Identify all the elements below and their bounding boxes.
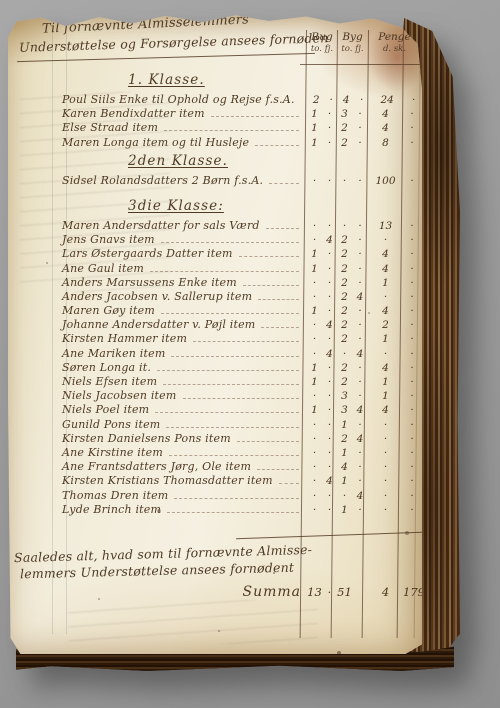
footer-rule [236, 532, 424, 540]
cell-penge-d: 8 [368, 137, 403, 149]
row-label: 1. Klasse. [16, 72, 205, 88]
row-label: Else Straad item [16, 121, 158, 134]
cell-penge-d: 1 [368, 333, 403, 345]
cell-penge-sk: · [403, 291, 421, 303]
cell-rug-td: · [307, 504, 322, 516]
row-label: Lyde Brinch item [16, 503, 161, 516]
cell-penge-sk: · [403, 137, 421, 149]
cell-penge-sk: · [403, 234, 421, 246]
cell-penge-sk: · [403, 461, 421, 473]
cell-penge-sk: · [403, 504, 421, 516]
ink-bleedthrough [68, 600, 318, 644]
row-label: Anders Jacobsen v. Sallerup item [16, 290, 252, 303]
row-values: · 4 1 · · · [307, 475, 421, 487]
cell-penge-sk: · [403, 277, 421, 289]
cell-penge-sk: · [403, 175, 421, 187]
cell-byg-td: 2 [337, 277, 352, 289]
cell-byg-fj: · [352, 122, 368, 134]
cell-rug-td: 1 [307, 137, 322, 149]
cell-penge-sk: · [405, 94, 423, 106]
cell-byg-td: 1 [337, 504, 352, 516]
cell-penge-d: 4 [368, 362, 403, 374]
cell-byg-fj: 4 [352, 291, 368, 303]
ledger-row: Niels Poel item 1 · 3 4 4 · [16, 403, 421, 417]
row-label: 2den Klasse. [16, 153, 228, 169]
cell-byg-td: · [337, 490, 352, 502]
row-dash-leader [269, 183, 299, 184]
row-dash-leader [157, 370, 299, 371]
cell-penge-d: 4 [368, 263, 403, 275]
summa-byg-td: 51 [337, 585, 352, 599]
cell-rug-td: 1 [307, 376, 322, 388]
row-dash-leader [167, 512, 299, 513]
row-dash-leader [166, 427, 299, 428]
row-values: 1 · 3 4 4 · [307, 404, 421, 416]
cell-rug-fj: · [322, 419, 337, 431]
row-dash-leader [243, 285, 299, 286]
cell-penge-sk: · [403, 263, 421, 275]
cell-rug-fj: · [322, 390, 337, 402]
ledger-row: Thomas Dren item · · · 4 · · [16, 489, 421, 503]
ledger-row: Sidsel Rolandsdatters 2 Børn f.s.A. · · … [16, 174, 421, 188]
cell-rug-fj: · [322, 277, 337, 289]
cell-byg-fj: · [352, 305, 368, 317]
cell-rug-td: · [307, 461, 322, 473]
cell-rug-td: 1 [307, 122, 322, 134]
cell-byg-fj: · [352, 234, 368, 246]
cell-rug-fj: 4 [322, 348, 337, 360]
cell-rug-td: 1 [307, 108, 322, 120]
row-values: 1 · 2 · 8 · [307, 137, 421, 149]
ledger-row: Maren Longa item og til Husleje 1 · 2 · … [16, 136, 421, 150]
cell-byg-td: · [337, 175, 352, 187]
cell-penge-d: 4 [368, 305, 403, 317]
ledger-row: Lyde Brinch item · · 1 · · · [16, 503, 421, 517]
cell-byg-td: 1 [337, 475, 352, 487]
cell-rug-td: 1 [307, 248, 322, 260]
cell-byg-td: 2 [337, 376, 352, 388]
row-label: Lars Østergaards Datter item [16, 247, 233, 260]
cell-byg-fj: · [352, 220, 368, 232]
cell-penge-d: 1 [368, 376, 403, 388]
row-dash-leader [150, 271, 299, 272]
cell-rug-fj: 4 [322, 234, 337, 246]
row-values: · · 1 · · · [307, 504, 421, 516]
ledger-row: Lars Østergaards Datter item 1 · 2 · 4 · [16, 247, 421, 261]
row-values: · · 2 · 1 · [307, 333, 421, 345]
cell-rug-td: 1 [307, 305, 322, 317]
cell-rug-td: · [307, 319, 322, 331]
cell-byg-td: 2 [337, 263, 352, 275]
column-header-rug: Rug [307, 31, 337, 43]
summa-rug-td: 13 [307, 585, 322, 599]
cell-penge-d: · [368, 419, 403, 431]
cell-byg-fj: · [352, 461, 368, 473]
cell-byg-td: · [337, 220, 352, 232]
cell-byg-td: 1 [337, 447, 352, 459]
cell-penge-d: 2 [368, 319, 403, 331]
cell-penge-d: · [368, 461, 403, 473]
row-values: · 4 2 · · · [307, 234, 421, 246]
cell-penge-d: · [368, 433, 403, 445]
ledger-row: Kirsten Kristians Thomasdatter item · 4 … [16, 474, 421, 488]
ledger-row: Maren Andersdatter for sals Værd · · · ·… [16, 219, 421, 233]
row-label: Søren Longa it. [16, 361, 151, 374]
row-label: Maren Longa item og til Husleje [16, 136, 249, 149]
cell-rug-fj: · [322, 305, 337, 317]
row-values: · 4 2 · 2 · [307, 319, 421, 331]
cell-byg-td: 2 [337, 305, 352, 317]
cell-byg-td: 2 [337, 234, 352, 246]
cell-rug-fj: · [322, 263, 337, 275]
ledger-book: Til fornævnte Almisselemmers Understøtte… [4, 6, 460, 672]
cell-rug-fj: · [322, 433, 337, 445]
cell-penge-sk: · [403, 376, 421, 388]
row-label: Sidsel Rolandsdatters 2 Børn f.s.A. [16, 174, 263, 187]
ledger-rows: 1. Klasse. Poul Siils Enke [16, 69, 421, 517]
cell-byg-td: 3 [337, 390, 352, 402]
cell-rug-fj: · [322, 291, 337, 303]
column-units-rug: to. fj. [307, 44, 337, 54]
row-dash-leader [237, 441, 299, 442]
row-values: · · 1 · · · [307, 419, 421, 431]
cell-rug-fj: · [322, 108, 337, 120]
ledger-row: Niels Efsen item 1 · 2 · 1 · [16, 375, 421, 389]
cell-byg-fj: · [352, 447, 368, 459]
cell-byg-fj: · [352, 248, 368, 260]
cell-rug-td: · [307, 277, 322, 289]
row-dash-leader [211, 116, 299, 117]
row-dash-leader [169, 455, 299, 456]
ledger-row: Søren Longa it. 1 · 2 · 4 · [16, 361, 421, 375]
cell-byg-fj: 4 [352, 404, 368, 416]
row-dash-leader [161, 242, 299, 243]
cell-penge-d: 1 [368, 277, 403, 289]
cell-rug-td: · [307, 419, 322, 431]
cell-penge-sk: · [403, 348, 421, 360]
summa-row: Summa 13 · 51 4 179 [8, 584, 421, 600]
cell-penge-d: 1 [368, 390, 403, 402]
row-values: 1 · 2 · 4 · [307, 263, 421, 275]
cell-penge-sk: · [403, 475, 421, 487]
cell-penge-sk: · [403, 447, 421, 459]
row-values: · · 1 · · · [307, 447, 421, 459]
row-values: 1 · 2 · 4 · [307, 305, 421, 317]
row-values: 1 · 3 · 4 · [307, 108, 421, 120]
ledger-row: Ane Mariken item · 4 · 4 · · [16, 347, 421, 361]
cell-rug-td: · [307, 175, 322, 187]
row-values: 1 · 2 · 4 · [307, 362, 421, 374]
row-values: 1 · 2 · 4 · [307, 248, 421, 260]
cell-penge-sk: · [403, 490, 421, 502]
cell-rug-fj: 4 [322, 475, 337, 487]
ledger-row: 2den Klasse. [16, 153, 421, 172]
cell-rug-fj: · [322, 220, 337, 232]
row-dash-leader [161, 313, 299, 314]
cell-rug-fj: · [322, 333, 337, 345]
cell-rug-td: 1 [307, 263, 322, 275]
cell-byg-td: · [337, 348, 352, 360]
cell-penge-sk: · [403, 248, 421, 260]
ledger-row: 1. Klasse. [16, 72, 421, 91]
summa-label: Summa [242, 584, 301, 600]
ledger-row: Maren Gøy item 1 · 2 · 4 · [16, 304, 421, 318]
row-dash-leader [171, 356, 299, 357]
cell-penge-d: · [368, 348, 403, 360]
ledger-row: Ane Gaul item 1 · 2 · 4 · [16, 262, 421, 276]
cell-penge-d: · [368, 490, 403, 502]
cell-byg-td: 2 [337, 333, 352, 345]
cell-penge-d: 4 [368, 248, 403, 260]
row-label: Maren Gøy item [16, 304, 155, 317]
row-label: 3die Klasse: [16, 198, 224, 214]
ledger-row: Niels Jacobsen item · · 3 · 1 · [16, 389, 421, 403]
cell-rug-td: 2 [309, 94, 324, 106]
cell-rug-td: · [307, 291, 322, 303]
cell-rug-fj: · [322, 376, 337, 388]
cell-rug-fj: · [322, 404, 337, 416]
row-label: Karen Bendixdatter item [16, 107, 205, 120]
row-label: Anders Marsussens Enke item [16, 276, 237, 289]
column-header-byg: Byg [337, 31, 368, 43]
cell-byg-td: 1 [337, 419, 352, 431]
cell-rug-td: · [307, 490, 322, 502]
cell-rug-fj: · [324, 94, 339, 106]
row-dash-leader [255, 145, 299, 146]
summa-byg-fj [352, 585, 368, 599]
cell-byg-fj: · [352, 263, 368, 275]
cell-penge-sk: · [403, 305, 421, 317]
row-dash-leader [164, 130, 299, 131]
row-label: Jens Gnavs item [16, 233, 155, 246]
row-label: Kirsten Danielsens Pons item [16, 432, 231, 445]
row-values: · · 2 4 · · [307, 291, 421, 303]
cell-byg-fj: · [352, 175, 368, 187]
cell-byg-fj: · [352, 475, 368, 487]
cell-rug-td: · [307, 234, 322, 246]
row-dash-leader [193, 341, 299, 342]
cell-rug-fj: · [322, 461, 337, 473]
row-label: Niels Poel item [16, 403, 149, 416]
row-dash-leader [258, 299, 299, 300]
cell-byg-fj: · [352, 376, 368, 388]
ledger-row: Jens Gnavs item · 4 2 · · · [16, 233, 421, 247]
paper-specks [8, 12, 10, 14]
cell-rug-td: · [307, 447, 322, 459]
ledger-row: 3die Klasse: [16, 198, 421, 217]
cell-rug-fj: · [322, 490, 337, 502]
cell-byg-fj: · [352, 137, 368, 149]
cell-penge-sk: · [403, 390, 421, 402]
cell-penge-sk: · [403, 122, 421, 134]
row-values: · · · · 100 · [307, 175, 421, 187]
cell-byg-fj: · [352, 108, 368, 120]
cell-rug-fj: · [322, 248, 337, 260]
row-label: Johanne Andersdatter v. Pøjl item [16, 318, 255, 331]
cell-penge-d: · [368, 447, 403, 459]
row-label: Thomas Dren item [16, 489, 168, 502]
row-values: · · 2 4 · · [307, 433, 421, 445]
cell-byg-td: 2 [337, 248, 352, 260]
cell-byg-td: 2 [337, 362, 352, 374]
cell-penge-sk: · [403, 419, 421, 431]
ledger-row: Kirsten Danielsens Pons item · · 2 4 · · [16, 432, 421, 446]
row-dash-leader [163, 384, 299, 385]
cell-penge-sk: · [403, 333, 421, 345]
photo-background: Til fornævnte Almisselemmers Understøtte… [0, 0, 500, 708]
cell-rug-td: · [307, 333, 322, 345]
cell-penge-sk: · [403, 319, 421, 331]
cell-rug-fj: · [322, 504, 337, 516]
row-values: 1 · 2 · 1 · [307, 376, 421, 388]
cell-byg-fj: 4 [352, 348, 368, 360]
summa-penge-d: 4 [368, 585, 403, 599]
column-units-byg: to. fj. [337, 44, 368, 54]
cell-byg-fj: · [352, 362, 368, 374]
cell-penge-d: · [368, 291, 403, 303]
cell-rug-td: · [307, 475, 322, 487]
cell-byg-td: 2 [337, 433, 352, 445]
ledger-row: Else Straad item 1 · 2 · 4 · [16, 121, 421, 135]
row-dash-leader [261, 327, 299, 328]
row-label: Gunild Pons item [16, 418, 160, 431]
cell-byg-fj: 4 [352, 433, 368, 445]
cell-byg-fj: · [354, 94, 370, 106]
cell-rug-fj: · [322, 175, 337, 187]
cell-penge-sk: · [403, 362, 421, 374]
cell-penge-d: 13 [368, 220, 403, 232]
row-label: Ane Mariken item [16, 347, 165, 360]
row-label: Kirsten Hammer item [16, 332, 187, 345]
cell-rug-td: · [307, 390, 322, 402]
cell-rug-fj: · [322, 362, 337, 374]
row-values: · · · · 13 · [307, 220, 421, 232]
cell-byg-td: 4 [337, 461, 352, 473]
ledger-row: Anders Marsussens Enke item · · 2 · 1 · [16, 276, 421, 290]
ledger-row: Gunild Pons item · · 1 · · · [16, 418, 421, 432]
row-dash-leader [155, 412, 299, 413]
row-label: Ane Kirstine item [16, 446, 163, 459]
row-dash-leader [174, 498, 299, 499]
cell-penge-d: 100 [368, 175, 403, 187]
cell-byg-td: 2 [337, 319, 352, 331]
ledger-row: Kirsten Hammer item · · 2 · 1 · [16, 332, 421, 346]
ledger-page: Til fornævnte Almisselemmers Understøtte… [8, 12, 422, 654]
summa-values: 13 · 51 4 179 [307, 585, 421, 599]
row-label: Ane Gaul item [16, 262, 144, 275]
cell-penge-sk: · [403, 108, 421, 120]
cell-rug-fj: · [322, 137, 337, 149]
cell-penge-d: · [368, 475, 403, 487]
cell-rug-td: · [307, 348, 322, 360]
cell-byg-fj: · [352, 390, 368, 402]
cell-rug-fj: · [322, 447, 337, 459]
cell-byg-fj: · [352, 333, 368, 345]
cell-rug-td: · [307, 433, 322, 445]
cell-byg-td: 2 [337, 137, 352, 149]
cell-byg-fj: 4 [352, 490, 368, 502]
cell-penge-d: 24 [370, 94, 405, 106]
row-label: Poul Siils Enke til Ophold og Rejse f.s.… [16, 93, 295, 106]
cell-penge-d: 4 [368, 108, 403, 120]
cell-byg-td: 3 [337, 404, 352, 416]
row-dash-leader [257, 469, 299, 470]
cell-byg-td: 4 [339, 94, 354, 106]
ledger-row: Ane Frantsdatters Jørg, Ole item · · 4 ·… [16, 460, 421, 474]
cell-penge-d: 4 [368, 122, 403, 134]
ledger-row: Poul Siils Enke til Ophold og Rejse f.s.… [16, 93, 421, 107]
row-label: Ane Frantsdatters Jørg, Ole item [16, 460, 251, 473]
column-units-penge: d. sk. [368, 44, 421, 54]
row-label: Niels Jacobsen item [16, 389, 177, 402]
cell-penge-sk: · [403, 404, 421, 416]
cell-penge-d: 4 [368, 404, 403, 416]
cell-penge-d: · [368, 234, 403, 246]
row-dash-leader [183, 398, 299, 399]
cell-rug-td: 1 [307, 404, 322, 416]
row-label: Kirsten Kristians Thomasdatter item [16, 474, 273, 487]
cell-rug-td: · [307, 220, 322, 232]
cell-penge-d: · [368, 504, 403, 516]
row-label: Niels Efsen item [16, 375, 157, 388]
row-values: · · 3 · 1 · [307, 390, 421, 402]
row-values: · · 4 · · · [307, 461, 421, 473]
ledger-row: Anders Jacobsen v. Sallerup item · · 2 4… [16, 290, 421, 304]
header-underline [17, 53, 315, 62]
cell-byg-fj: · [352, 319, 368, 331]
cell-rug-td: 1 [307, 362, 322, 374]
cell-penge-sk: · [403, 220, 421, 232]
summa-penge-sk: 179 [403, 585, 421, 599]
row-dash-leader [239, 256, 299, 257]
row-values: 1 · 2 · 4 · [307, 122, 421, 134]
cell-byg-fj: · [352, 277, 368, 289]
page-content: Til fornævnte Almisselemmers Understøtte… [8, 12, 422, 654]
row-values: · · 2 · 1 · [307, 277, 421, 289]
cell-byg-td: 2 [337, 291, 352, 303]
row-dash-leader [266, 228, 299, 229]
row-label: Maren Andersdatter for sals Værd [16, 219, 260, 232]
ledger-row: Karen Bendixdatter item 1 · 3 · 4 · [16, 107, 421, 121]
cell-byg-fj: · [352, 419, 368, 431]
row-dash-leader [279, 483, 299, 484]
cell-penge-sk: · [403, 433, 421, 445]
row-values: 2 · 4 · 24 · [309, 94, 423, 106]
cell-rug-fj: · [322, 122, 337, 134]
cell-byg-fj: · [352, 504, 368, 516]
summa-rug-fj: · [322, 585, 337, 599]
cell-byg-td: 3 [337, 108, 352, 120]
ledger-row: Ane Kirstine item · · 1 · · · [16, 446, 421, 460]
ledger-row: Johanne Andersdatter v. Pøjl item · 4 2 … [16, 318, 421, 332]
cell-byg-td: 2 [337, 122, 352, 134]
cell-rug-fj: 4 [322, 319, 337, 331]
row-values: · 4 · 4 · · [307, 348, 421, 360]
row-values: · · · 4 · · [307, 490, 421, 502]
